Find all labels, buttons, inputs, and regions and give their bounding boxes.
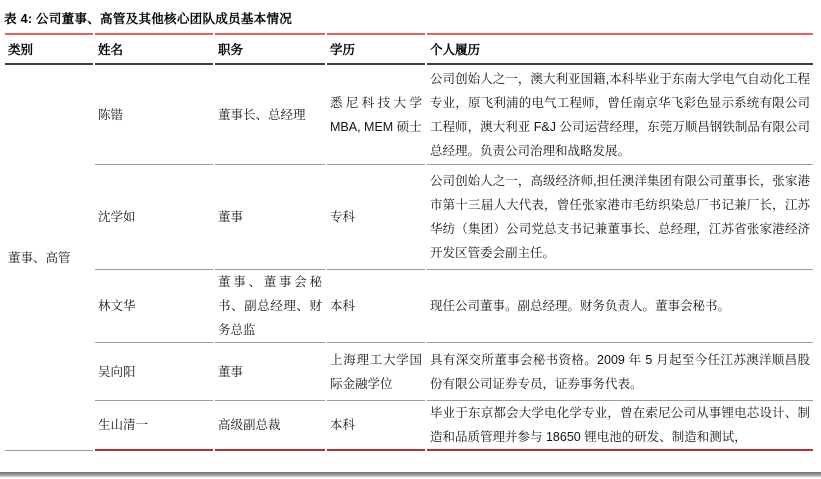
header-row: 类别 姓名 职务 学历 个人履历: [5, 33, 813, 65]
col-header-position: 职务: [215, 33, 325, 65]
table-caption: 表 4: 公司董事、高管及其他核心团队成员基本情况: [0, 0, 821, 33]
position-cell: 董事: [215, 343, 325, 401]
name-cell: 吴向阳: [95, 343, 213, 401]
name-cell: 林文华: [95, 270, 213, 343]
window-edge-divider: [0, 472, 821, 477]
table-row: 吴向阳 董事 上海理工大学国际金融学位 具有深交所董事会秘书资格。2009 年 …: [5, 343, 813, 401]
name-cell: 陈锴: [95, 65, 213, 165]
position-cell: 董事长、总经理: [215, 65, 325, 165]
resume-cell: 毕业于东京都会大学电化学专业，曾在索尼公司从事锂电芯设计、制造和品质管理并参与 …: [427, 401, 813, 451]
name-cell: 生山清一: [95, 401, 213, 451]
resume-cell: 现任公司董事。副总经理。财务负责人。董事会秘书。: [427, 270, 813, 343]
col-header-name: 姓名: [95, 33, 213, 65]
education-cell: 本科: [327, 401, 425, 451]
executives-table: 类别 姓名 职务 学历 个人履历 董事、高管 陈锴 董事长、总经理 悉尼科技大学…: [3, 33, 815, 451]
col-header-resume: 个人履历: [427, 33, 813, 65]
position-cell: 董事: [215, 165, 325, 270]
col-header-education: 学历: [327, 33, 425, 65]
table-row: 沈学如 董事 专科 公司创始人之一，高级经济师,担任澳洋集团有限公司董事长，张家…: [5, 165, 813, 270]
resume-cell: 公司创始人之一，澳大利亚国籍,本科毕业于东南大学电气自动化工程专业，原飞利浦的电…: [427, 65, 813, 165]
education-cell: 悉尼科技大学 MBA, MEM 硕士: [327, 65, 425, 165]
education-cell: 上海理工大学国际金融学位: [327, 343, 425, 401]
table-row: 董事、高管 陈锴 董事长、总经理 悉尼科技大学 MBA, MEM 硕士 公司创始…: [5, 65, 813, 165]
name-cell: 沈学如: [95, 165, 213, 270]
report-page: 表 4: 公司董事、高管及其他核心团队成员基本情况 类别 姓名 职务 学历 个人…: [0, 0, 821, 479]
position-cell: 高级副总裁: [215, 401, 325, 451]
position-cell: 董事、董事会秘书、副总经理、财务总监: [215, 270, 325, 343]
table-row: 生山清一 高级副总裁 本科 毕业于东京都会大学电化学专业，曾在索尼公司从事锂电芯…: [5, 401, 813, 451]
resume-cell: 具有深交所董事会秘书资格。2009 年 5 月起至今任江苏澳洋顺昌股份有限公司证…: [427, 343, 813, 401]
category-cell: 董事、高管: [5, 65, 93, 451]
resume-cell: 公司创始人之一，高级经济师,担任澳洋集团有限公司董事长，张家港市第十三届人大代表…: [427, 165, 813, 270]
table-row: 林文华 董事、董事会秘书、副总经理、财务总监 本科 现任公司董事。副总经理。财务…: [5, 270, 813, 343]
education-cell: 专科: [327, 165, 425, 270]
col-header-category: 类别: [5, 33, 93, 65]
education-cell: 本科: [327, 270, 425, 343]
